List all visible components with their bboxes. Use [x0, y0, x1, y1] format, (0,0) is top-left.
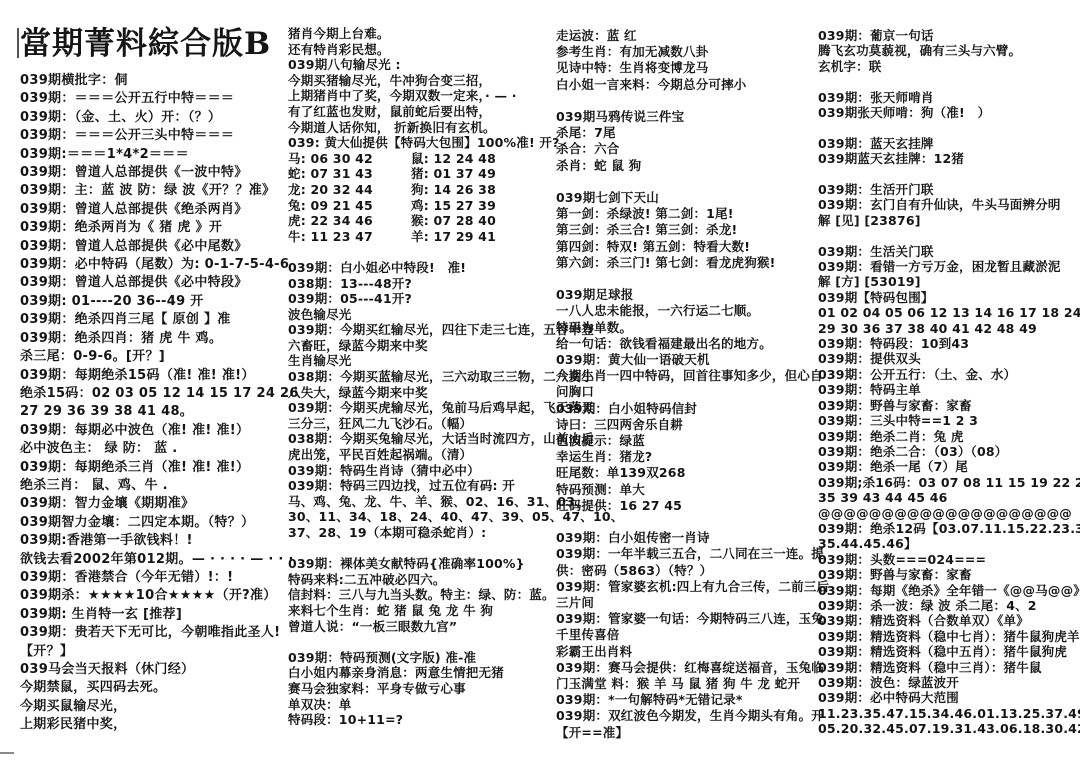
text-line: 诗曰：三四两舍乐自耕 — [556, 417, 818, 433]
text-line: 039期：野兽与家畜：家畜 — [818, 398, 1076, 413]
text-line: 特码预测：单大 — [556, 482, 818, 498]
text-line: 27 29 36 39 38 41 48。 — [20, 403, 278, 421]
text-line: 039期：特码预测(文字版) 准-准 — [288, 650, 550, 666]
text-line: 白小姐内幕亲身消息：两意生情把无猪 — [288, 665, 550, 681]
text-line: 绝杀15码：02 03 05 12 14 15 17 24 26 — [20, 385, 278, 403]
text-line: 今期道人话你知， 折新换旧有玄机。 — [288, 120, 550, 136]
column-3: 走运波：蓝 红参考生肖：有加无减数八卦见诗中特：生肖将变博龙马白小姐一言来料：今… — [556, 0, 818, 741]
text-line: 解 [方] [53019] — [818, 274, 1076, 289]
text-line: 白小姐一言来料：今期总分可摔小 — [556, 77, 818, 93]
text-line: 039期：贵若天下无可比，今朝唯指此圣人! — [20, 624, 278, 642]
text-line: 039期：张天师啃肖 — [818, 90, 1076, 105]
text-line: 特码来料:二五冲破必四六。 — [288, 572, 550, 588]
page-title: 當期菁料綜合版B — [20, 26, 278, 62]
text-line: 039期：裸体美女献特码{准确率100%} — [288, 556, 550, 572]
text-line: 30、11、34、18、24、40、47、39、05、47、10、 — [288, 509, 550, 525]
text-line: 039期：生活关门联 — [818, 244, 1076, 259]
column-1: 當期菁料綜合版B 039期横批字：侗039期：＝＝＝公开五行中特＝＝＝039期：… — [20, 0, 278, 735]
text-line: 039期：05---41开? — [288, 291, 550, 307]
text-line: 11.23.35.47.15.34.46.01.13.25.37.49 — [818, 706, 1076, 721]
blank-line — [818, 120, 1076, 135]
text-line: 给一句话：欲钱看福建最出名的地方。 — [556, 336, 818, 352]
text-line: 039期智力金壤：二四定本期。（特？） — [20, 514, 278, 532]
text-line: 039期：绝杀二肖：兔 虎 — [818, 429, 1076, 444]
text-line: 今期买猪输尽光，牛冲狗合变三招， — [288, 73, 550, 89]
text-line: 038期：今期买蓝输尽光，三六动取三三物，二八贪小 — [288, 369, 550, 385]
text-line: 038期：今期买兔输尽光，大话当时流四方，山前山后 — [288, 431, 550, 447]
text-line: 039期：白小姐必中特段! 准! — [288, 260, 550, 276]
text-line: 039期：波色：绿蓝波开 — [818, 675, 1076, 690]
text-line: 039期【特码包围】 — [818, 290, 1076, 305]
text-line: 039期：蓝天玄挂牌 — [818, 136, 1076, 151]
text-line: 生肖输尽光 — [288, 353, 550, 369]
text-line: 上期彩民猪中奖， — [20, 716, 278, 734]
text-line: 三片间 — [556, 595, 818, 611]
text-line: 039期：每期必中波色（准! 准! 准!） — [20, 422, 278, 440]
text-line: 039期蓝天玄挂牌：12猪 — [818, 151, 1076, 166]
text-line: 29 30 36 37 38 40 41 42 48 49 — [818, 321, 1076, 336]
text-line: 039期：赛马会提供：红梅喜绽送福音，玉兔临 — [556, 660, 818, 676]
text-line: 039期：每期绝杀三肖（准! 准! 准!） — [20, 459, 278, 477]
text-line: 038期：13---48开? — [288, 276, 550, 292]
text-line: 猪肖今期上台难。 — [288, 26, 550, 42]
text-line: 马、鸡、兔、龙、牛、羊、猴、02、16、31、03、 — [288, 494, 550, 510]
text-line: 杀合：六合 — [556, 141, 818, 157]
text-line: 见诗中特：生肖将变博龙马 — [556, 60, 818, 76]
text-line: 039期：一年半载三五合，二八同在三一连。提 — [556, 546, 818, 562]
text-line: 三分三，狂风二九飞沙石。（幅） — [288, 416, 550, 432]
text-line: 单双决：单 — [288, 697, 550, 713]
blank-line — [556, 93, 818, 109]
text-line: 05.20.32.45.07.19.31.43.06.18.30.42 — [818, 721, 1076, 736]
text-line: 039期：绝杀四肖三尾【 原创 】准 — [20, 311, 278, 329]
text-line: 039期：管家婆玄机:四上有九合三传，二前三后 — [556, 579, 818, 595]
text-line: 039马会当天报料（休门经） — [20, 661, 278, 679]
text-line: 039期：头数===024=== — [818, 552, 1076, 567]
column-2: 猪肖今期上台难。还有特肖彩民想。039期八句输尽光 :今期买猪输尽光，牛冲狗合变… — [288, 0, 550, 728]
text-line: 039期：每期《绝杀》全年错一《@@马@@》 — [818, 583, 1076, 598]
text-line: 龙: 20 32 44 狗: 14 26 38 — [288, 182, 550, 198]
text-line: 杀尾：7尾 — [556, 125, 818, 141]
text-line: 039期：双红波色今期发，生肖今期头有角。开 — [556, 708, 818, 724]
text-line: 039: 黄大仙提供【特码大包围】100%准! 开? — [288, 135, 550, 151]
text-line: 039期：精选资料（合数单双）《单》 — [818, 613, 1076, 628]
column-1-lines: 039期横批字：侗039期：＝＝＝公开五行中特＝＝＝039期：（金、土、火）开：… — [20, 72, 278, 735]
text-line: 039期：曾道人总部提供《一波中特》 — [20, 164, 278, 182]
text-line: 039期杀：★★★★10合★★★★（开?准） — [20, 587, 278, 605]
text-line: 039期：＝＝＝公开三头中特＝＝＝ — [20, 127, 278, 145]
text-line: 039期：必中特码（尾数）为: 0-1-7-5-4-6 — [20, 256, 278, 274]
text-line: 039期：杀一波：绿 波 杀二尾：4、2 — [818, 598, 1076, 613]
text-line: 参考生肖：有加无减数八卦 — [556, 44, 818, 60]
scan-artifact-horizontal-line — [0, 752, 14, 754]
text-line: 039期：白小姐传密一肖诗 — [556, 530, 818, 546]
text-line: @@@@@@@@@@@@@@@@@@@@ — [818, 506, 1076, 521]
blank-line — [556, 174, 818, 190]
text-line: 虎出笼，平民百姓起祸端。（清） — [288, 447, 550, 463]
text-line: 039期：提供双头 — [818, 351, 1076, 366]
text-line: 039期: 01----20 36--49 开 — [20, 293, 278, 311]
text-line: 039期：特码生肖诗（猜中必中） — [288, 463, 550, 479]
text-line: 039期：绝杀四肖：猪 虎 牛 鸡。 — [20, 330, 278, 348]
text-line: 039期：精选资料（稳中五肖）：猪牛鼠狗虎 — [818, 644, 1076, 659]
text-line: 039期：每期绝杀15码（准! 准! 准!） — [20, 367, 278, 385]
text-line: 039期：香港禁合（今年无错）!：! — [20, 569, 278, 587]
text-line: 039期八句输尽光 : — [288, 57, 550, 73]
text-line: 绝杀三肖： 鼠、鸡、牛 . — [20, 477, 278, 495]
text-line: 旺尾数：单139双268 — [556, 465, 818, 481]
blank-line — [818, 74, 1076, 89]
text-line: 039期：黄大仙一语破天机 — [556, 352, 818, 368]
text-line: 【开？】 — [20, 643, 278, 661]
text-line: 039期：特码三四边找，过五位有码: 开 — [288, 478, 550, 494]
text-line: 039期：今期买虎输尽光，兔前马后鸡早起，飞天落天 — [288, 400, 550, 416]
text-line: 有了红蓝也发财，鼠前蛇后要出特， — [288, 104, 550, 120]
text-line: 走运波：蓝 红 — [556, 28, 818, 44]
text-line: 039期：*一句解特码*无错记录* — [556, 692, 818, 708]
blank-line — [556, 514, 818, 530]
text-line: 039期：精选资料（稳中三肖）：猪牛鼠 — [818, 660, 1076, 675]
text-line: 玄机字：联 — [818, 59, 1076, 74]
text-line: 039期足球报 — [556, 287, 818, 303]
blank-line — [818, 228, 1076, 243]
text-line: 蛇: 07 31 43 猪: 01 37 49 — [288, 166, 550, 182]
text-line: 01 02 04 05 06 12 13 14 16 17 18 24 25 2… — [818, 305, 1076, 320]
text-line: 039期：绝杀一尾（7）尾 — [818, 459, 1076, 474]
text-line: 必中波色主： 绿 防： 蓝 . — [20, 440, 278, 458]
text-line: 【开==准】 — [556, 725, 818, 741]
text-line: 还有特肖彩民想。 — [288, 42, 550, 58]
text-line: 039期：曾道人总部提供《必中特段》 — [20, 274, 278, 292]
text-line: 039期：葡京一句话 — [818, 28, 1076, 43]
text-line: 039期：绝杀二合：（03）（08） — [818, 444, 1076, 459]
text-line: 039期：特码主单 — [818, 382, 1076, 397]
text-line: 039期：白小姐特码信封 — [556, 401, 818, 417]
text-line: 039期：绝杀两肖为《 猪 虎 》开 — [20, 219, 278, 237]
text-line: 杀三尾：0-9-6。[开？] — [20, 348, 278, 366]
text-line: 039期：玄门自有升仙诀，牛头马面辨分明 — [818, 197, 1076, 212]
text-line: 来料七个生肖：蛇 猪 鼠 兔 龙 牛 狗 — [288, 603, 550, 619]
blank-line — [288, 634, 550, 650]
text-line: 039期：今期买红输尽光，四往下走三七连，五谷丰登 — [288, 322, 550, 338]
text-line: 杀肖：蛇 鼠 狗 — [556, 158, 818, 174]
text-line: 特码为单数。 — [556, 320, 818, 336]
blank-line — [288, 541, 550, 557]
text-line: 上期猪肖中了奖，今期双数一定来，· — · — [288, 88, 550, 104]
text-line: 37、28、19（本期可稳杀蛇肖）: — [288, 525, 550, 541]
text-line: 039期：主：蓝 波 防：绿 波《开？？准》 — [20, 182, 278, 200]
text-line: 第四剑：特双! 第五剑：特看大数! — [556, 239, 818, 255]
text-line: 今期生肖一四中特码，回首往事知多少，但心自 — [556, 368, 818, 384]
text-line: 039期;杀16码：03 07 08 11 15 19 22 23 27 33 … — [818, 475, 1076, 490]
text-line: 彩霸王出肖料 — [556, 644, 818, 660]
column-3-lines: 走运波：蓝 红参考生肖：有加无减数八卦见诗中特：生肖将变博龙马白小姐一言来料：今… — [556, 0, 818, 741]
text-line: 六畜旺，绿蓝今期来中奖 — [288, 338, 550, 354]
text-line: 信封料：三八与九当头数。特主：绿、防：蓝。 — [288, 587, 550, 603]
text-line: 039期：＝＝＝公开五行中特＝＝＝ — [20, 90, 278, 108]
text-line: 千里传喜倍 — [556, 627, 818, 643]
blank-line — [556, 271, 818, 287]
text-line: 马: 06 30 42 鼠: 12 24 48 — [288, 151, 550, 167]
text-line: 039期：精选资料（稳中七肖）：猪牛鼠狗虎羊猴 — [818, 629, 1076, 644]
text-line: 039期：曾道人总部提供《绝杀两肖》 — [20, 201, 278, 219]
text-line: 039期：野兽与家畜：家畜 — [818, 567, 1076, 582]
text-line: 039期：管家婆一句话：今期特码三八连，玉兔 — [556, 611, 818, 627]
text-line: 039期七剑下天山 — [556, 190, 818, 206]
column-4-lines: 039期：葡京一句话腾飞玄功莫藐视，确有三头与六臂。玄机字：联039期：张天师啃… — [818, 0, 1076, 737]
text-line: 一八人忠未能报，一六行运二七顺。 — [556, 303, 818, 319]
column-2-lines: 猪肖今期上台难。还有特肖彩民想。039期八句输尽光 :今期买猪输尽光，牛冲狗合变… — [288, 0, 550, 728]
text-line: 今期禁鼠，买四码去死。 — [20, 679, 278, 697]
text-line: 039期：曾道人总部提供《必中尾数》 — [20, 238, 278, 256]
text-line: 供：密码（5863）（特？） — [556, 563, 818, 579]
text-line: 039期：必中特码大范围 — [818, 690, 1076, 705]
text-line: 039期：智力金壤《期期准》 — [20, 495, 278, 513]
text-line: 欲钱去看2002年第012期。— · · · · — · · · — [20, 551, 278, 569]
scan-artifact-vertical-line — [17, 28, 19, 58]
text-line: 第六剑：杀三门! 第七剑：看龙虎狗猴! — [556, 255, 818, 271]
tipsheet-page: 當期菁料綜合版B 039期横批字：侗039期：＝＝＝公开五行中特＝＝＝039期：… — [0, 0, 1080, 764]
text-line: 曾道人说：“一板三眼数九宫” — [288, 619, 550, 635]
text-line: 039期马鸦传说三件宝 — [556, 109, 818, 125]
text-line: 039期：三头中特==1 2 3 — [818, 413, 1076, 428]
text-line: 旺码提供：16 27 45 — [556, 498, 818, 514]
text-line: 35.44.45.46】 — [818, 536, 1076, 551]
text-line: 039期：看错一方亏万金，困龙暂且藏淤泥 — [818, 259, 1076, 274]
blank-line — [288, 244, 550, 260]
text-line: 八失大，绿蓝今期来中奖 — [288, 385, 550, 401]
text-line: 第一剑：杀绿波! 第二剑：1尾! — [556, 206, 818, 222]
text-line: 幸运生肖：猪龙? — [556, 449, 818, 465]
text-line: 特码段：10+11=? — [288, 712, 550, 728]
text-line: 039期:＝＝＝1*4*2＝＝＝ — [20, 146, 278, 164]
text-line: 039期:香港第一手欲钱料！! — [20, 532, 278, 550]
text-line: 问胸口 — [556, 384, 818, 400]
text-line: 039期：特码段：10到43 — [818, 336, 1076, 351]
text-line: 039期横批字：侗 — [20, 72, 278, 90]
text-line: 虎: 22 34 46 猴: 07 28 40 — [288, 213, 550, 229]
blank-line — [818, 167, 1076, 182]
text-line: 赛马会独家料：平身专做亏心事 — [288, 681, 550, 697]
text-line: 35 39 43 44 45 46 — [818, 490, 1076, 505]
text-line: 牛: 11 23 47 羊: 17 29 41 — [288, 229, 550, 245]
text-line: 腾飞玄功莫藐视，确有三头与六臂。 — [818, 43, 1076, 58]
text-line: 门玉满堂 料：猴 羊 马 鼠 猪 狗 牛 龙 蛇开 — [556, 676, 818, 692]
text-line: 039期：生活开门联 — [818, 182, 1076, 197]
text-line: 039期张天师啃：狗（准! ） — [818, 105, 1076, 120]
text-line: 第三剑：杀三合! 第三剑：杀龙! — [556, 222, 818, 238]
text-line: 色波提示：绿蓝 — [556, 433, 818, 449]
text-line: 039期：公开五行：（土、金、水） — [818, 367, 1076, 382]
column-4: 039期：葡京一句话腾飞玄功莫藐视，确有三头与六臂。玄机字：联039期：张天师啃… — [818, 0, 1076, 737]
text-line: 兔: 09 21 45 鸡: 15 27 39 — [288, 198, 550, 214]
text-line: 解 [见] [23876] — [818, 213, 1076, 228]
text-line: 波色输尽光 — [288, 307, 550, 323]
text-line: 039期: 生肖特一玄 [推荐] — [20, 606, 278, 624]
text-line: 今期买鼠输尽光， — [20, 698, 278, 716]
text-line: 039期：绝杀12码【03.07.11.15.22.23.33.34 — [818, 521, 1076, 536]
text-line: 039期：（金、土、火）开：（？） — [20, 109, 278, 127]
